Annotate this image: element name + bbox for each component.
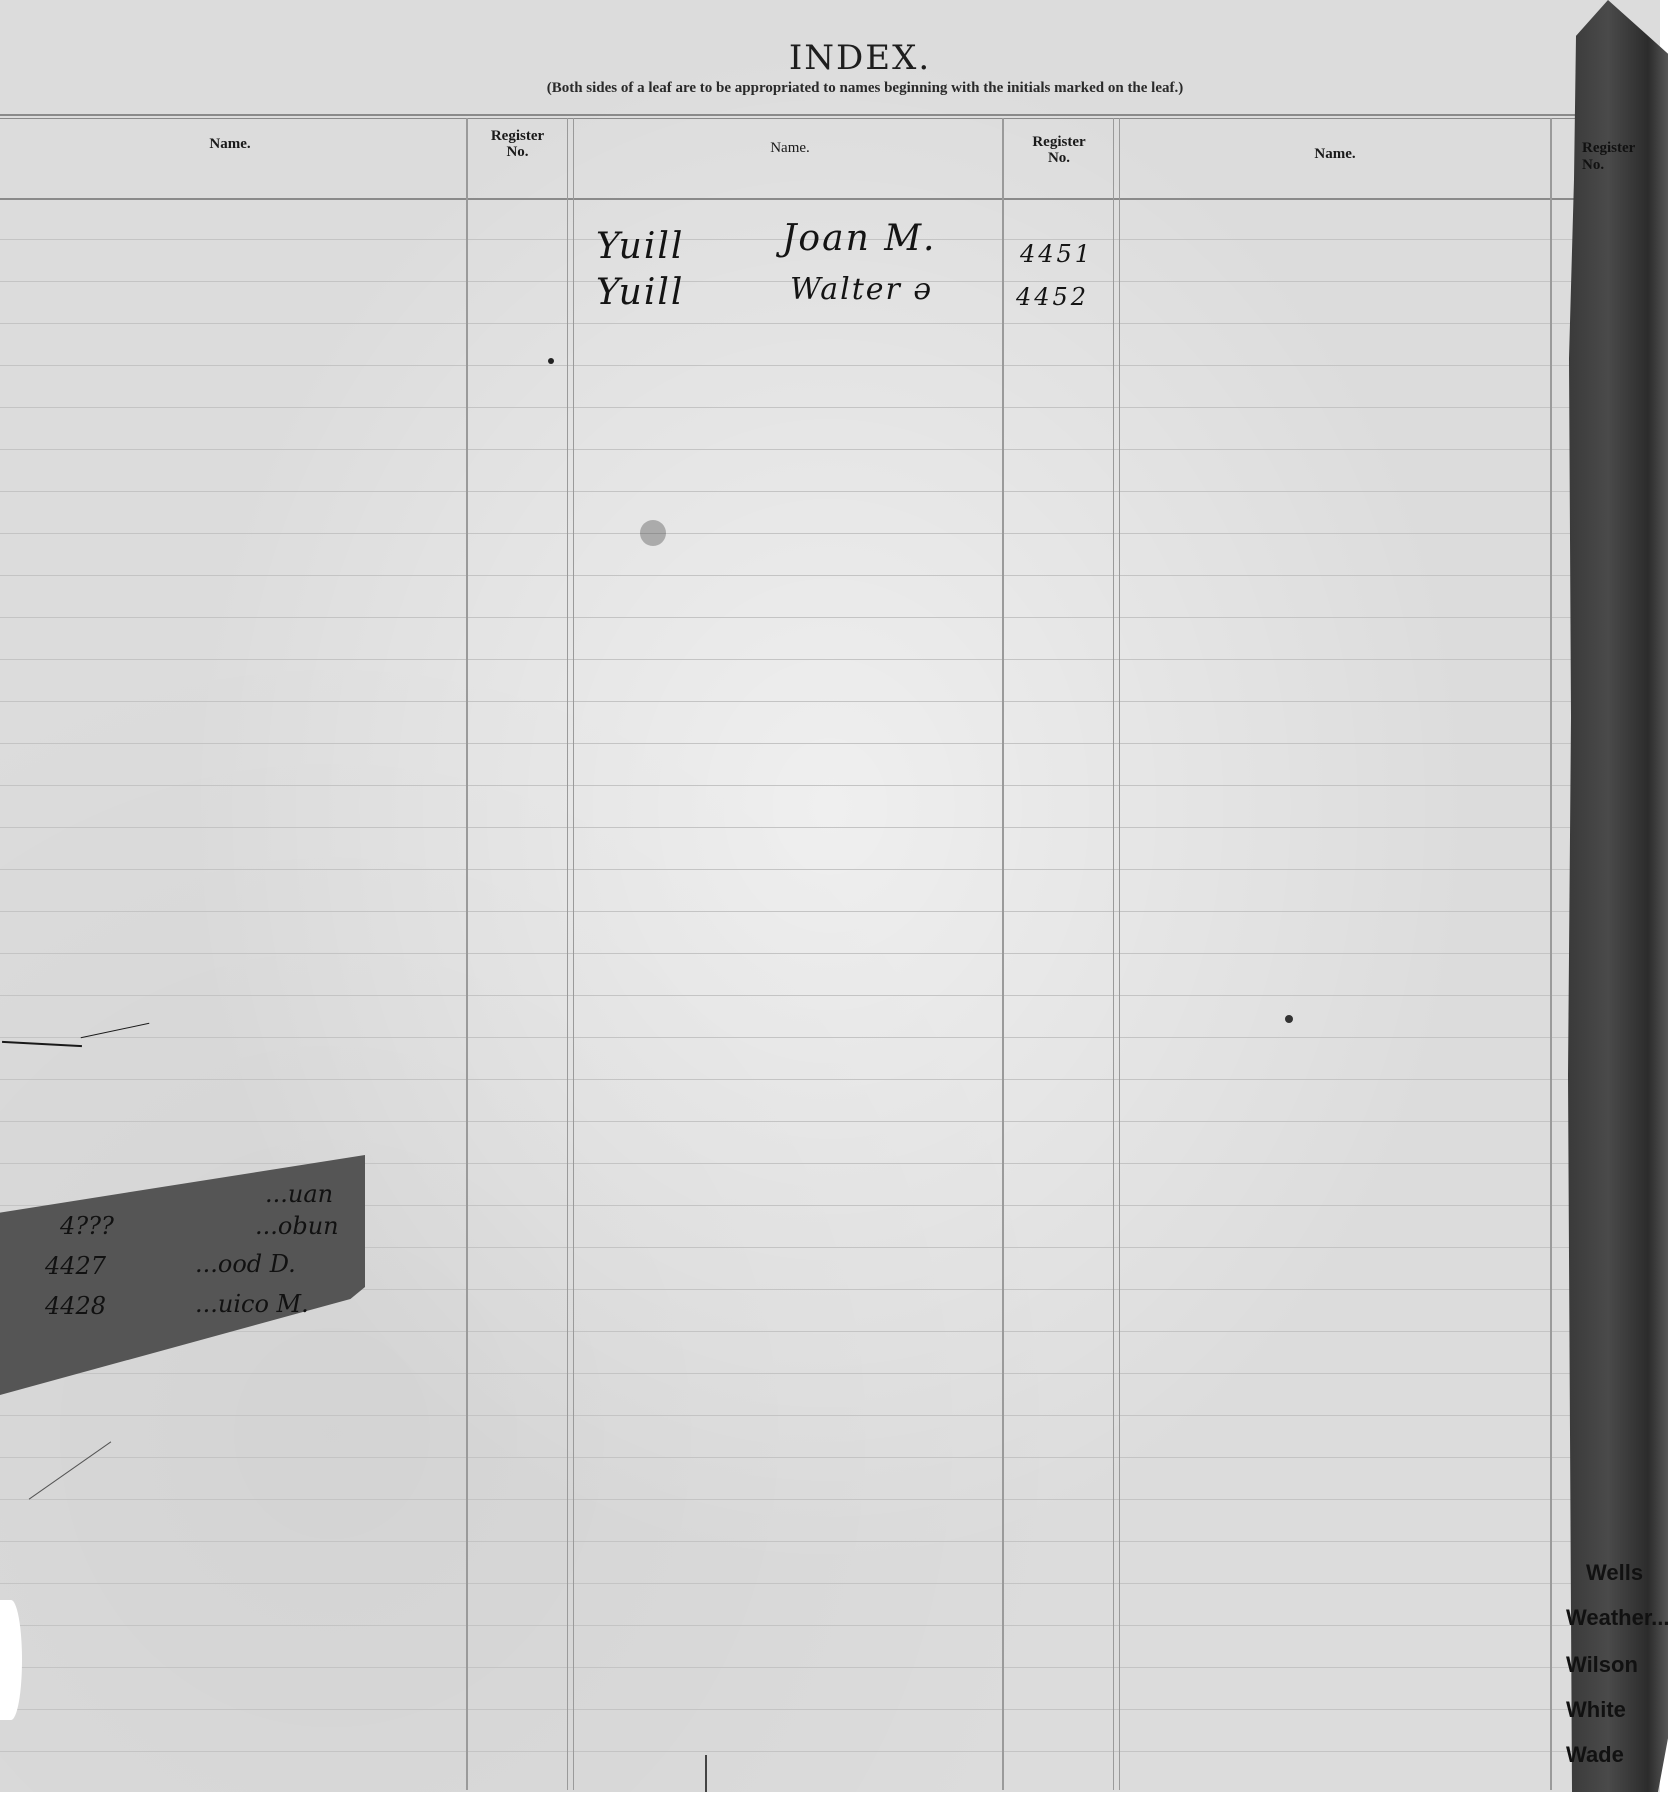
paper-crack xyxy=(705,1755,707,1795)
strip-header: Register No. xyxy=(1582,140,1660,174)
entry-surname: Yuill xyxy=(596,226,684,267)
page-subtitle: (Both sides of a leaf are to be appropri… xyxy=(0,80,1680,97)
column-divider-4 xyxy=(1113,118,1120,1790)
strip-name: Weather... xyxy=(1566,1605,1670,1631)
patch-text-line: ...obun xyxy=(255,1212,339,1240)
stain xyxy=(548,358,554,364)
strip-name: White xyxy=(1566,1697,1626,1723)
stain xyxy=(640,520,666,546)
column-divider-1 xyxy=(466,118,468,1790)
register-label-line2: No. xyxy=(470,144,565,160)
strip-name: Wilson xyxy=(1566,1652,1638,1678)
entry-given-name: Joan M. xyxy=(782,218,937,259)
column-header-register-1: Register No. xyxy=(470,128,565,160)
patch-text-line: ...uico M. xyxy=(195,1290,309,1318)
entry-surname: Yuill xyxy=(596,272,684,313)
strip-name: Wells xyxy=(1586,1560,1643,1586)
page-bottom-margin xyxy=(0,1792,1680,1800)
dark-binding-strip xyxy=(1568,0,1668,1792)
patch-text-number: 4428 xyxy=(45,1292,106,1320)
entry-register-no: 4452 xyxy=(1016,283,1089,311)
entry-given-name: Walter ǝ xyxy=(790,272,933,307)
register-label-line1: Register xyxy=(1005,134,1113,150)
column-header-register-2: Register No. xyxy=(1005,134,1113,166)
column-divider-2 xyxy=(567,118,574,1790)
patch-text-number: 4??? xyxy=(60,1212,114,1240)
column-header-name-2: Name. xyxy=(710,140,870,156)
patch-text-line: ...uan xyxy=(265,1180,333,1208)
ruled-lines xyxy=(0,198,1600,1788)
index-ledger-page: INDEX. (Both sides of a leaf are to be a… xyxy=(0,0,1660,1792)
paper-edge-cutout xyxy=(0,1600,22,1720)
page-title: INDEX. xyxy=(0,38,1680,78)
stain xyxy=(1285,1015,1293,1023)
header-top-rule xyxy=(0,114,1600,116)
patch-text-number: 4427 xyxy=(45,1252,106,1280)
patch-text-line: ...ood D. xyxy=(195,1250,296,1278)
column-header-name-1: Name. xyxy=(150,136,310,152)
strip-name: Wade xyxy=(1566,1742,1624,1768)
register-label-line1: Register xyxy=(470,128,565,144)
entry-register-no: 4451 xyxy=(1020,240,1093,268)
column-divider-5 xyxy=(1550,118,1552,1790)
column-header-name-3: Name. xyxy=(1255,146,1415,162)
register-label-line2: No. xyxy=(1005,150,1113,166)
header-top-rule-2 xyxy=(0,118,1600,119)
column-divider-3 xyxy=(1002,118,1004,1790)
